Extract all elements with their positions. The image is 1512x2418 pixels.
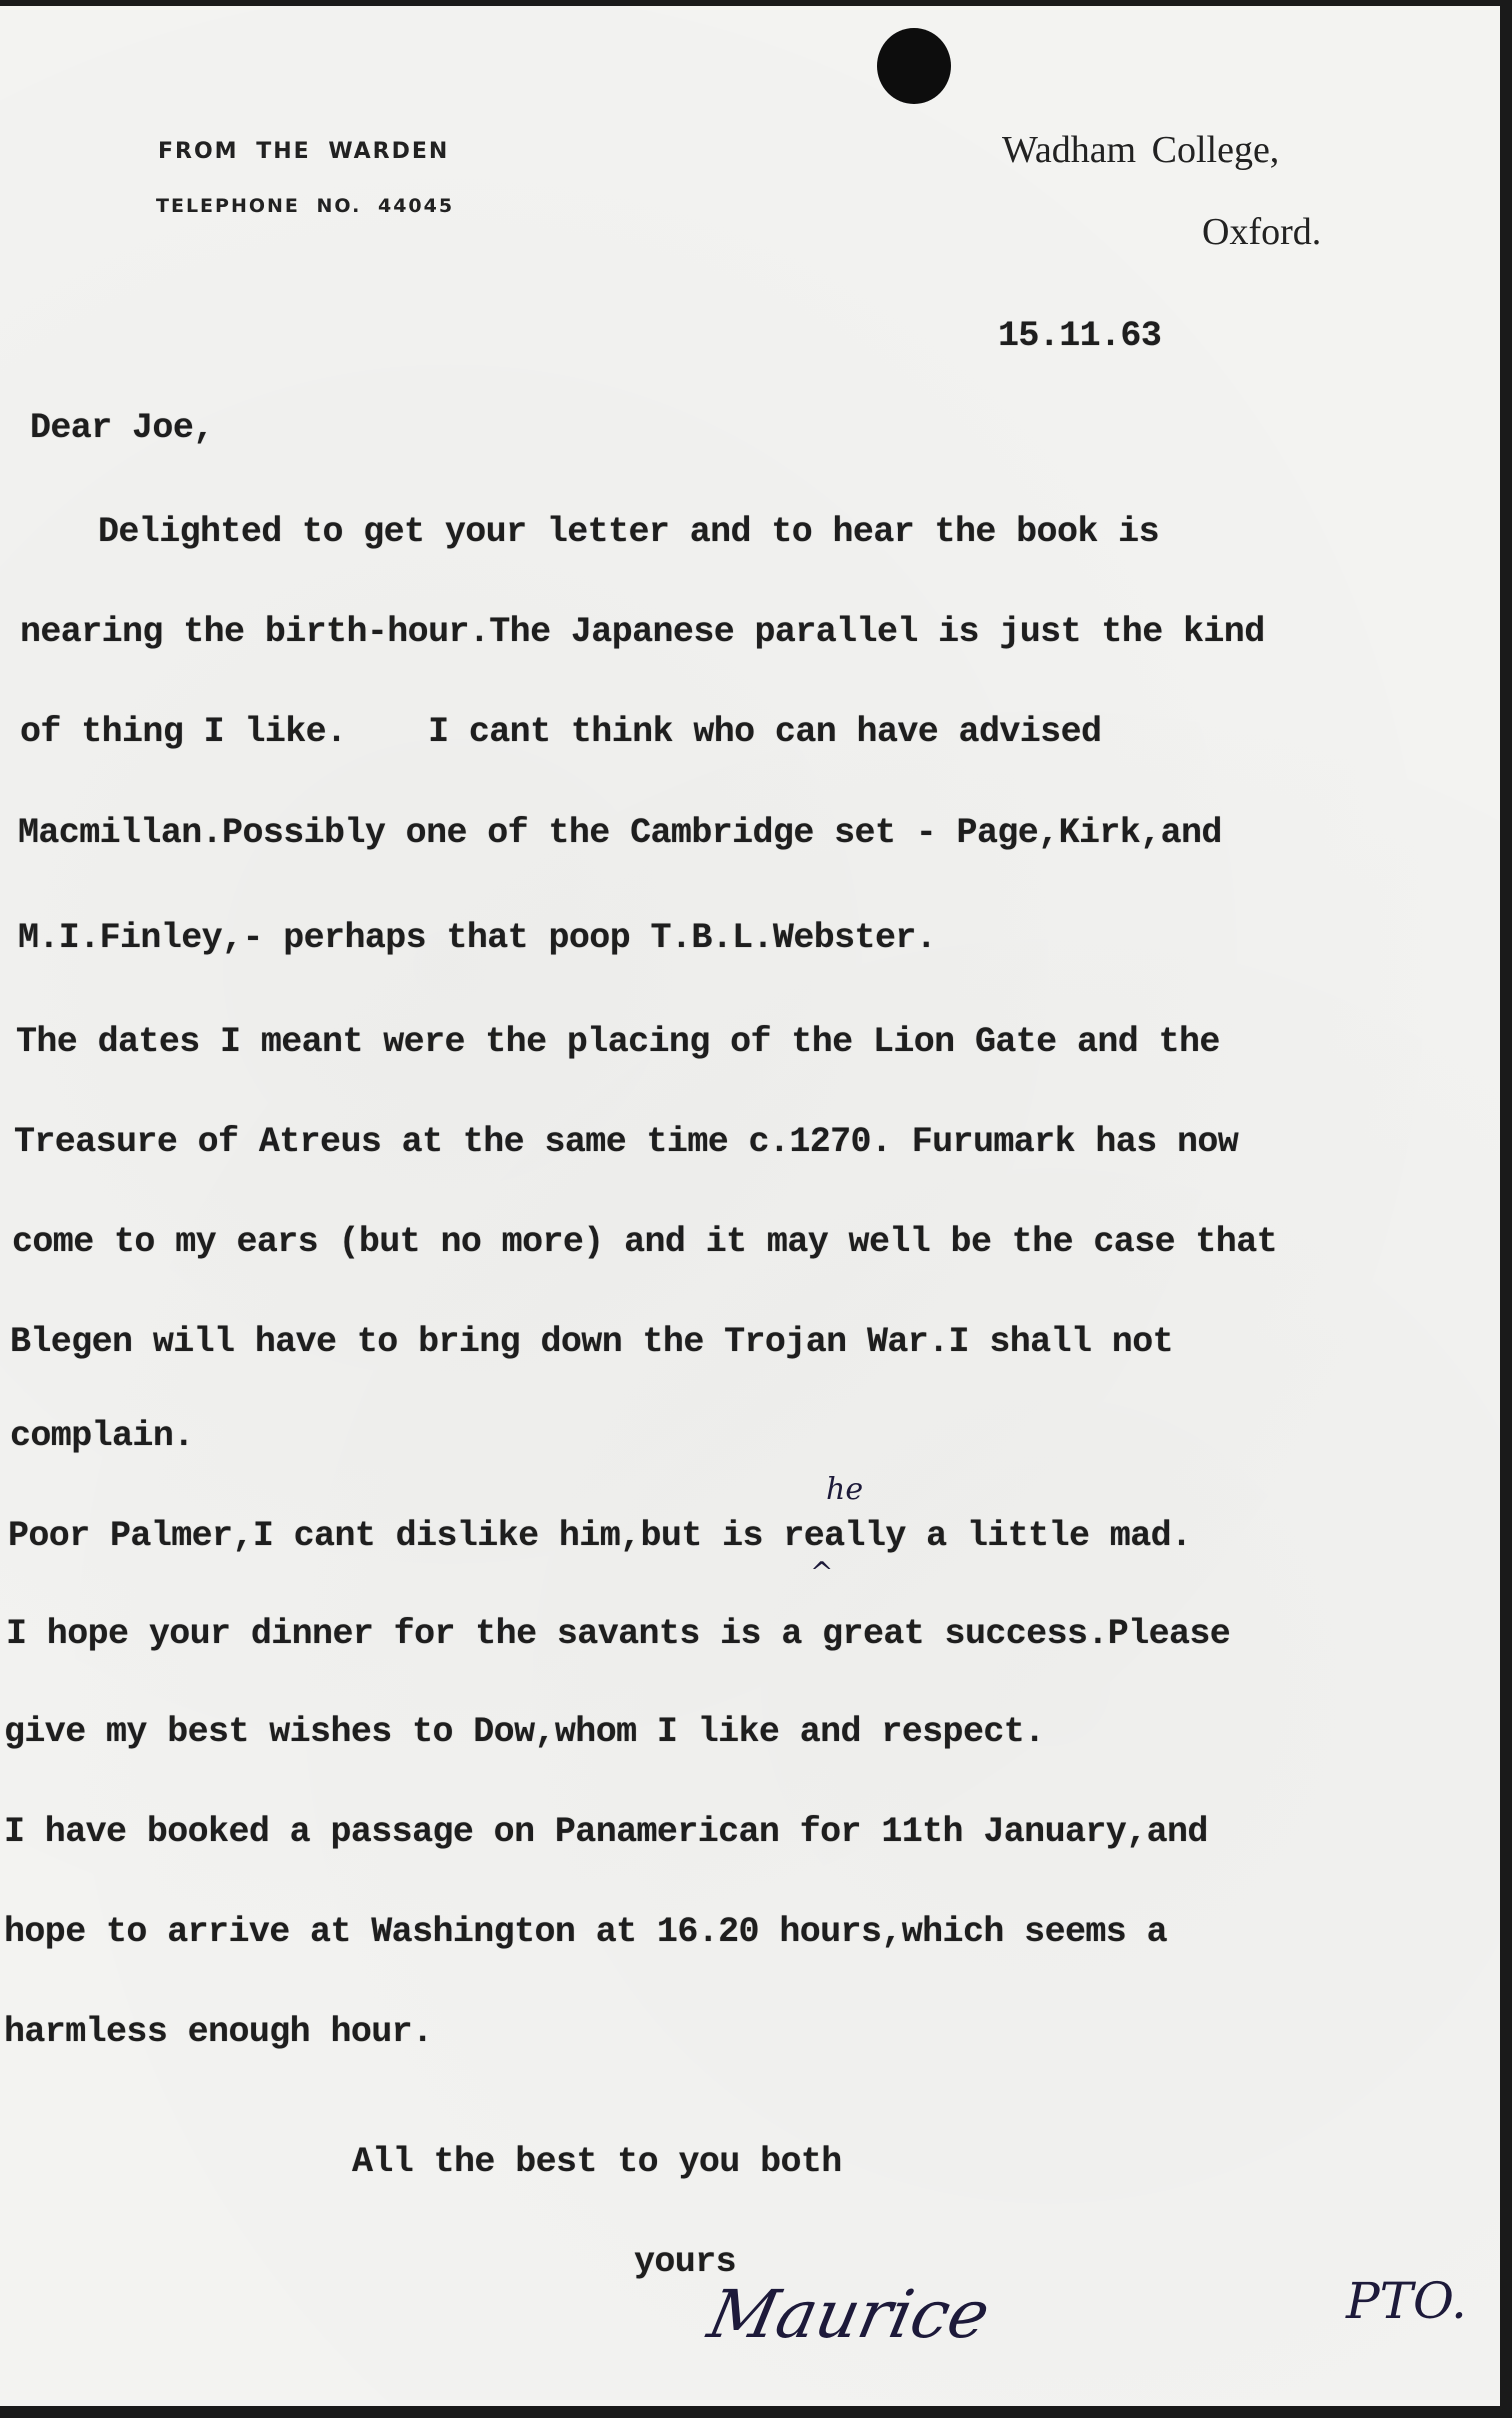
letterhead-telephone: TELEPHONE NO. 44045 xyxy=(156,195,454,217)
body-line: I have booked a passage on Panamerican f… xyxy=(4,1812,1208,1852)
body-line: Delighted to get your letter and to hear… xyxy=(98,512,1159,552)
pto-note: PTO. xyxy=(1346,2272,1467,2330)
letter-page: FROM THE WARDEN TELEPHONE NO. 44045 Wadh… xyxy=(0,6,1500,2406)
body-line: come to my ears (but no more) and it may… xyxy=(12,1222,1277,1262)
body-line: hope to arrive at Washington at 16.20 ho… xyxy=(4,1912,1167,1952)
body-line: Treasure of Atreus at the same time c.12… xyxy=(14,1122,1238,1162)
body-line: give my best wishes to Dow,whom I like a… xyxy=(4,1712,1045,1752)
letter-date: 15.11.63 xyxy=(998,316,1161,356)
body-line: of thing I like. I cant think who can ha… xyxy=(20,712,1101,752)
salutation: Dear Joe, xyxy=(30,408,214,448)
closing: All the best to you both xyxy=(352,2142,842,2182)
handwritten-insert: he xyxy=(826,1472,863,1507)
letterhead-city: Oxford. xyxy=(1202,210,1321,254)
body-line: harmless enough hour. xyxy=(4,2012,432,2052)
letterhead-from: FROM THE WARDEN xyxy=(158,139,449,164)
punch-hole xyxy=(877,28,951,104)
body-line: Blegen will have to bring down the Troja… xyxy=(10,1322,1173,1362)
insert-caret: ^ xyxy=(810,1556,833,1589)
body-line: M.I.Finley,- perhaps that poop T.B.L.Web… xyxy=(18,918,936,958)
body-line: Macmillan.Possibly one of the Cambridge … xyxy=(18,813,1222,853)
signature: Maurice xyxy=(702,2276,996,2353)
body-line: I hope your dinner for the savants is a … xyxy=(6,1614,1230,1654)
body-line: complain. xyxy=(10,1416,194,1456)
letterhead-college: Wadham College, xyxy=(1002,128,1279,172)
body-line: nearing the birth-hour.The Japanese para… xyxy=(20,612,1265,652)
body-line: The dates I meant were the placing of th… xyxy=(16,1022,1220,1062)
body-line: Poor Palmer,I cant dislike him,but is re… xyxy=(8,1516,1191,1556)
